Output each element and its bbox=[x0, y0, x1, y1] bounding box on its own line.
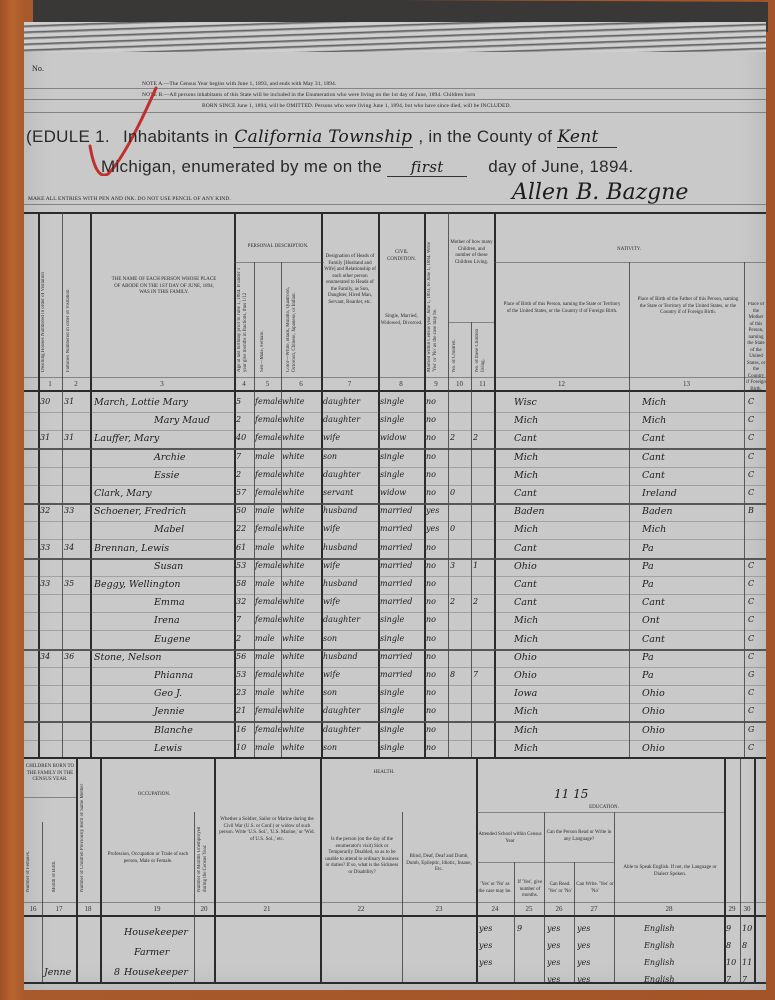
cell-sex: male bbox=[255, 743, 281, 752]
cell-name: Lewis bbox=[94, 743, 232, 754]
cell-relation: daughter bbox=[323, 725, 377, 734]
lower-colnum-26: 26 bbox=[544, 905, 574, 913]
cell-civil: single bbox=[380, 470, 424, 479]
header-children-born: CHILDREN BORN TO THE FAMILY IN THE CENSU… bbox=[24, 764, 76, 784]
cell-married-yr: yes bbox=[426, 524, 448, 533]
header-can-write: Can Write. 'Yes' or 'No' bbox=[576, 882, 614, 895]
cell-relation: wife bbox=[323, 670, 377, 679]
cell-civil: single bbox=[380, 706, 424, 715]
cell-mother-birth: C bbox=[748, 634, 766, 643]
note-b: NOTE B.—All persons inhabitants of this … bbox=[142, 92, 475, 98]
cell-color: white bbox=[282, 488, 320, 497]
cell-married-yr: no bbox=[426, 433, 448, 442]
table-row: Lewis10malewhitesonsinglenoMichOhioC bbox=[24, 740, 766, 758]
lower-colnum-20: 20 bbox=[194, 905, 214, 913]
cell-birth: Mich bbox=[514, 725, 624, 736]
edu-cell-read: yes bbox=[547, 975, 573, 984]
cell-relation: daughter bbox=[323, 415, 377, 424]
cell-father-birth: Baden bbox=[642, 506, 742, 517]
edu-cell-school: yes bbox=[479, 958, 511, 967]
cell-children: 0 bbox=[450, 488, 470, 497]
header-number-children: No. of Children. bbox=[452, 327, 468, 372]
cell-relation: son bbox=[323, 743, 377, 752]
lower-colnum-25: 25 bbox=[514, 905, 544, 913]
cell-age: 22 bbox=[236, 524, 254, 533]
header-school-yes-no: 'Yes' or 'No' as the case may be. bbox=[478, 882, 512, 895]
header-occupation: OCCUPATION. bbox=[114, 792, 194, 799]
header-nativity: NATIVITY. bbox=[584, 247, 674, 254]
cell-name: Archie bbox=[94, 452, 232, 463]
cell-sex: male bbox=[255, 688, 281, 697]
cell-married-yr: no bbox=[426, 706, 448, 715]
cell-relation: son bbox=[323, 452, 377, 461]
cell-name: Schoener, Fredrich bbox=[94, 506, 232, 517]
cell-civil: married bbox=[380, 561, 424, 570]
lower-colnum-17: 17 bbox=[42, 905, 76, 913]
cell-birth: Cant bbox=[514, 488, 624, 499]
header-can-read: Can Read. 'Yes' or 'No' bbox=[546, 882, 574, 895]
cell-relation: husband bbox=[323, 543, 377, 552]
cell-relation: wife bbox=[323, 597, 377, 606]
cell-age: 53 bbox=[236, 561, 254, 570]
cell-birth: Mich bbox=[514, 743, 624, 754]
cell-birth: Mich bbox=[514, 452, 624, 463]
colnum-5: 5 bbox=[254, 380, 281, 388]
cell-mother-birth: C bbox=[748, 433, 766, 442]
cell-sex: female bbox=[255, 415, 281, 424]
cell-mother-birth: C bbox=[748, 743, 766, 752]
edu-cell-school: yes bbox=[479, 941, 511, 950]
cell-sex: female bbox=[255, 615, 281, 624]
edu-cell-c30: 10 bbox=[742, 924, 754, 933]
lower-left-entry-count: 8 bbox=[114, 967, 120, 978]
cell-age: 7 bbox=[236, 615, 254, 624]
cell-dwelling: 31 bbox=[40, 433, 62, 442]
table-row: 3436Stone, Nelson56malewhitehusbandmarri… bbox=[24, 649, 766, 667]
cell-married-yr: no bbox=[426, 543, 448, 552]
cell-father-birth: Mich bbox=[642, 524, 742, 535]
cell-father-birth: Pa bbox=[642, 561, 742, 572]
edu-cell-english: English bbox=[644, 958, 724, 967]
note-a: NOTE A.—The Census Year begins with June… bbox=[142, 81, 336, 87]
cell-married-yr: no bbox=[426, 634, 448, 643]
cell-name: Susan bbox=[94, 561, 232, 572]
header-sex: Sex—Male, Female. bbox=[260, 292, 276, 372]
cell-living: 2 bbox=[473, 597, 493, 606]
edu-cell-write: yes bbox=[577, 958, 613, 967]
header-birthplace: Place of Birth of this Person, naming th… bbox=[502, 302, 622, 315]
header-school-months: If 'Yes', give number of months. bbox=[516, 880, 544, 900]
cell-father-birth: Cant bbox=[642, 452, 742, 463]
education-annotation: 11 15 bbox=[554, 787, 588, 801]
cell-relation: daughter bbox=[323, 470, 377, 479]
cell-mother-birth: C bbox=[748, 452, 766, 461]
cell-age: 2 bbox=[236, 415, 254, 424]
cell-sex: female bbox=[255, 397, 281, 406]
occupation-entry-2: Farmer bbox=[134, 947, 169, 958]
header-color: Color—White, Black, Mulatto, Quadroon, O… bbox=[286, 267, 316, 372]
cell-civil: widow bbox=[380, 433, 424, 442]
header-health: HEALTH. bbox=[354, 770, 414, 777]
day-field: first bbox=[387, 158, 467, 177]
cell-birth: Ohio bbox=[514, 670, 624, 681]
cell-name: Mary Maud bbox=[94, 415, 232, 426]
cell-living: 1 bbox=[473, 561, 493, 570]
cell-age: 2 bbox=[236, 634, 254, 643]
lower-colnum-16: 16 bbox=[24, 905, 42, 913]
cell-father-birth: Ohio bbox=[642, 688, 742, 699]
cell-mother-birth: C bbox=[748, 415, 766, 424]
cell-color: white bbox=[282, 579, 320, 588]
county-field: Kent bbox=[557, 127, 617, 148]
cell-married-yr: no bbox=[426, 670, 448, 679]
cell-father-birth: Pa bbox=[642, 652, 742, 663]
cell-relation: daughter bbox=[323, 397, 377, 406]
cell-name: Lauffer, Mary bbox=[94, 433, 232, 444]
cell-civil: married bbox=[380, 506, 424, 515]
lower-colnum-21: 21 bbox=[214, 905, 320, 913]
table-row: Mary Maud2femalewhitedaughtersinglenoMic… bbox=[24, 412, 766, 430]
table-row: Mabel22femalewhitewifemarriedyes0MichMic… bbox=[24, 521, 766, 539]
cell-color: white bbox=[282, 615, 320, 624]
header-civil-condition: CIVIL CONDITION. bbox=[380, 250, 423, 263]
colnum-7: 7 bbox=[321, 380, 378, 388]
cell-married-yr: no bbox=[426, 652, 448, 661]
cell-birth: Cant bbox=[514, 597, 624, 608]
header-sick-disabled: Is the person (on the day of the enumera… bbox=[324, 837, 400, 876]
cell-family: 31 bbox=[64, 397, 88, 406]
cell-children: 2 bbox=[450, 433, 470, 442]
header-number-females: Number of Females. bbox=[26, 822, 40, 892]
cell-father-birth: Mich bbox=[642, 415, 742, 426]
edu-cell-english: English bbox=[644, 941, 724, 950]
header-dwelling: Dwelling Houses Numbered in order of Vis… bbox=[41, 232, 59, 372]
cell-sex: male bbox=[255, 652, 281, 661]
header-children-previously-born: Number of Children Previously Born of Sa… bbox=[80, 767, 98, 892]
cell-birth: Cant bbox=[514, 579, 624, 590]
table-row: Emma32femalewhitewifemarriedno22CantCant… bbox=[24, 594, 766, 612]
cell-mother-birth: C bbox=[748, 488, 766, 497]
cell-civil: single bbox=[380, 415, 424, 424]
edu-cell-write: yes bbox=[577, 941, 613, 950]
cell-dwelling: 33 bbox=[40, 579, 62, 588]
table-row: Geo J.23malewhitesonsinglenoIowaOhioC bbox=[24, 685, 766, 703]
cell-sex: female bbox=[255, 433, 281, 442]
cell-sex: male bbox=[255, 579, 281, 588]
cell-relation: husband bbox=[323, 579, 377, 588]
cell-relation: servant bbox=[323, 488, 377, 497]
edu-cell-english: English bbox=[644, 924, 724, 933]
cell-birth: Mich bbox=[514, 470, 624, 481]
cell-age: 10 bbox=[236, 743, 254, 752]
cell-age: 56 bbox=[236, 652, 254, 661]
cell-name: March, Lottie Mary bbox=[94, 397, 232, 408]
cell-father-birth: Ohio bbox=[642, 706, 742, 717]
cell-age: 16 bbox=[236, 725, 254, 734]
date-label: day of June, 1894. bbox=[488, 157, 633, 176]
cell-sex: female bbox=[255, 597, 281, 606]
cell-age: 5 bbox=[236, 397, 254, 406]
cell-father-birth: Cant bbox=[642, 634, 742, 645]
cell-mother-birth: C bbox=[748, 470, 766, 479]
cell-children: 0 bbox=[450, 524, 470, 533]
header-father-birthplace: Place of Birth of the Father of this Per… bbox=[634, 297, 742, 317]
edu-cell-english: English bbox=[644, 975, 724, 984]
cell-color: white bbox=[282, 743, 320, 752]
colnum-2: 2 bbox=[62, 380, 90, 388]
cell-age: 32 bbox=[236, 597, 254, 606]
lower-colnum-24: 24 bbox=[476, 905, 514, 913]
cell-birth: Ohio bbox=[514, 561, 624, 572]
cell-color: white bbox=[282, 433, 320, 442]
cell-civil: married bbox=[380, 597, 424, 606]
cell-color: white bbox=[282, 397, 320, 406]
table-row: Susan53femalewhitewifemarriedno31OhioPaC bbox=[24, 558, 766, 576]
edu-cell-c29: 8 bbox=[726, 941, 740, 950]
table-row: Eugene2malewhitesonsinglenoMichCantC bbox=[24, 631, 766, 649]
cell-name: Brennan, Lewis bbox=[94, 543, 232, 554]
page-number-label: No. bbox=[32, 64, 44, 73]
cell-married-yr: no bbox=[426, 488, 448, 497]
header-mother-birthplace: Place of the Mother of this Person, nami… bbox=[746, 302, 766, 393]
cell-married-yr: yes bbox=[426, 506, 448, 515]
cell-color: white bbox=[282, 688, 320, 697]
lower-colnum-22: 22 bbox=[320, 905, 402, 913]
cell-father-birth: Ohio bbox=[642, 743, 742, 754]
lower-colnum-23: 23 bbox=[402, 905, 476, 913]
cell-civil: married bbox=[380, 579, 424, 588]
cell-civil: single bbox=[380, 743, 424, 752]
table-row: 3233Schoener, Fredrich50malewhitehusband… bbox=[24, 503, 766, 521]
edu-cell-read: yes bbox=[547, 958, 573, 967]
cell-civil: single bbox=[380, 615, 424, 624]
cell-mother-birth: B bbox=[748, 506, 766, 515]
cell-color: white bbox=[282, 561, 320, 570]
cell-age: 61 bbox=[236, 543, 254, 552]
cell-sex: female bbox=[255, 670, 281, 679]
header-single-married: Single, Married, Widowed, Divorced. bbox=[380, 314, 423, 327]
cell-married-yr: no bbox=[426, 725, 448, 734]
table-row: Clark, Mary57femalewhiteservantwidowno0C… bbox=[24, 485, 766, 503]
edu-cell-c30: 7 bbox=[742, 975, 754, 984]
cell-mother-birth: C bbox=[748, 597, 766, 606]
instruction-line: MAKE ALL ENTRIES WITH PEN AND INK. DO NO… bbox=[28, 196, 231, 202]
table-row: Essie2femalewhitedaughtersinglenoMichCan… bbox=[24, 467, 766, 485]
cell-sex: male bbox=[255, 634, 281, 643]
cell-father-birth: Ireland bbox=[642, 488, 742, 499]
cell-mother-birth: C bbox=[748, 397, 766, 406]
cell-relation: son bbox=[323, 634, 377, 643]
cell-mother-birth: G bbox=[748, 670, 766, 679]
cell-married-yr: no bbox=[426, 415, 448, 424]
cell-family: 34 bbox=[64, 543, 88, 552]
cell-color: white bbox=[282, 452, 320, 461]
cell-father-birth: Cant bbox=[642, 470, 742, 481]
header-profession: Profession, Occupation or Trade of each … bbox=[104, 852, 192, 865]
cell-color: white bbox=[282, 415, 320, 424]
cell-children: 8 bbox=[450, 670, 470, 679]
header-age: Age at last birthday prior to June 1, 18… bbox=[237, 267, 253, 372]
cell-name: Clark, Mary bbox=[94, 488, 232, 499]
cell-father-birth: Cant bbox=[642, 433, 742, 444]
cell-relation: husband bbox=[323, 652, 377, 661]
cell-name: Stone, Nelson bbox=[94, 652, 232, 663]
cell-relation: daughter bbox=[323, 615, 377, 624]
cell-family: 31 bbox=[64, 433, 88, 442]
enumerator-signature: Allen B. Bazgne bbox=[512, 180, 688, 205]
table-row: Phianna53femalewhitewifemarriedno87OhioP… bbox=[24, 667, 766, 685]
table-row: 3335Beggy, Wellington58malewhitehusbandm… bbox=[24, 576, 766, 594]
cell-sex: female bbox=[255, 524, 281, 533]
cell-name: Jennie bbox=[94, 706, 232, 717]
header-relationship: Designation of Heads of Family [Husband … bbox=[323, 254, 377, 306]
cell-mother-birth: C bbox=[748, 615, 766, 624]
colnum-13: 13 bbox=[629, 380, 744, 388]
cell-color: white bbox=[282, 543, 320, 552]
edu-cell-c29: 7 bbox=[726, 975, 740, 984]
edu-cell-months: 9 bbox=[517, 924, 543, 933]
cell-relation: husband bbox=[323, 506, 377, 515]
cell-name: Emma bbox=[94, 597, 232, 608]
county-label: , in the County of bbox=[418, 127, 552, 146]
lower-colnum-28: 28 bbox=[614, 905, 724, 913]
edu-cell-school: yes bbox=[479, 924, 511, 933]
cell-children: 2 bbox=[450, 597, 470, 606]
colnum-10: 10 bbox=[448, 380, 471, 388]
cell-relation: daughter bbox=[323, 706, 377, 715]
township-field: California Township bbox=[233, 127, 413, 148]
edu-cell-c30: 8 bbox=[742, 941, 754, 950]
header-education: EDUCATION. bbox=[564, 805, 644, 812]
cell-father-birth: Cant bbox=[642, 597, 742, 608]
table-row: Irena7femalewhitedaughtersinglenoMichOnt… bbox=[24, 612, 766, 630]
cell-birth: Cant bbox=[514, 433, 624, 444]
cell-sex: female bbox=[255, 470, 281, 479]
cell-sex: male bbox=[255, 506, 281, 515]
colnum-6: 6 bbox=[281, 380, 321, 388]
header-children-living: No. of these Children living. bbox=[475, 327, 491, 372]
cell-birth: Cant bbox=[514, 543, 624, 554]
lower-colnum-18: 18 bbox=[76, 905, 100, 913]
cell-relation: wife bbox=[323, 561, 377, 570]
cell-civil: single bbox=[380, 397, 424, 406]
cell-name: Irena bbox=[94, 615, 232, 626]
cell-married-yr: no bbox=[426, 579, 448, 588]
cell-birth: Mich bbox=[514, 615, 624, 626]
edu-cell-read: yes bbox=[547, 941, 573, 950]
header-speak-english: Able to Speak English. If not, the Langu… bbox=[620, 865, 720, 878]
cell-color: white bbox=[282, 524, 320, 533]
cell-father-birth: Pa bbox=[642, 543, 742, 554]
header-months-unemployed: Number of Months Unemployed during the C… bbox=[197, 822, 212, 892]
cell-children: 3 bbox=[450, 561, 470, 570]
header-attended-school: Attended School within Census Year bbox=[478, 832, 542, 845]
edu-cell-c29: 9 bbox=[726, 924, 740, 933]
cell-color: white bbox=[282, 706, 320, 715]
occupation-entry-1: Housekeeper bbox=[124, 927, 188, 938]
cell-family: 35 bbox=[64, 579, 88, 588]
colnum-8: 8 bbox=[378, 380, 424, 388]
cell-sex: female bbox=[255, 725, 281, 734]
cell-civil: single bbox=[380, 688, 424, 697]
cell-age: 2 bbox=[236, 470, 254, 479]
cell-age: 23 bbox=[236, 688, 254, 697]
cell-color: white bbox=[282, 670, 320, 679]
cell-sex: female bbox=[255, 488, 281, 497]
lower-colnum-27: 27 bbox=[574, 905, 614, 913]
cell-dwelling: 32 bbox=[40, 506, 62, 515]
header-name: THE NAME OF EACH PERSON WHOSE PLACE OF A… bbox=[109, 277, 219, 297]
cell-color: white bbox=[282, 725, 320, 734]
table-row: 3334Brennan, Lewis61malewhitehusbandmarr… bbox=[24, 540, 766, 558]
cell-age: 7 bbox=[236, 452, 254, 461]
cell-name: Phianna bbox=[94, 670, 232, 681]
lower-colnum-29: 29 bbox=[724, 905, 740, 913]
cell-civil: single bbox=[380, 634, 424, 643]
colnum-1: 1 bbox=[38, 380, 62, 388]
cell-civil: widow bbox=[380, 488, 424, 497]
cell-mother-birth: C bbox=[748, 706, 766, 715]
cell-civil: married bbox=[380, 652, 424, 661]
cell-married-yr: no bbox=[426, 597, 448, 606]
cell-birth: Mich bbox=[514, 524, 624, 535]
cell-dwelling: 33 bbox=[40, 543, 62, 552]
cell-civil: married bbox=[380, 524, 424, 533]
cell-civil: married bbox=[380, 543, 424, 552]
edu-cell-read: yes bbox=[547, 924, 573, 933]
cell-mother-birth: C bbox=[748, 652, 766, 661]
cell-father-birth: Ont bbox=[642, 615, 742, 626]
cell-name: Beggy, Wellington bbox=[94, 579, 232, 590]
cell-married-yr: no bbox=[426, 470, 448, 479]
edu-cell-write: yes bbox=[577, 975, 613, 984]
colnum-9: 9 bbox=[424, 380, 448, 388]
cell-relation: son bbox=[323, 688, 377, 697]
top-page-strip bbox=[24, 22, 766, 52]
table-row: 3031March, Lottie Mary5femalewhitedaught… bbox=[24, 394, 766, 412]
header-month-birth: Month of Birth. bbox=[52, 822, 66, 892]
header-mother-children: Mother of how many Children, and number … bbox=[450, 240, 493, 266]
inhabitants-label: Inhabitants in bbox=[123, 127, 228, 146]
schedule-label: (EDULE 1. bbox=[26, 127, 110, 146]
cell-color: white bbox=[282, 470, 320, 479]
cell-birth: Wisc bbox=[514, 397, 624, 408]
cell-father-birth: Pa bbox=[642, 670, 742, 681]
cell-age: 58 bbox=[236, 579, 254, 588]
cell-sex: male bbox=[255, 543, 281, 552]
note-b-continued: BORN SINCE June 1, 1894, will be OMITTED… bbox=[202, 103, 511, 109]
table-row: Blanche16femalewhitedaughtersinglenoMich… bbox=[24, 722, 766, 740]
cell-dwelling: 34 bbox=[40, 652, 62, 661]
cell-living: 2 bbox=[473, 433, 493, 442]
edu-cell-write: yes bbox=[577, 924, 613, 933]
header-blind-deaf: Blind, Deaf, Deaf and Dumb, Dumb, Epilep… bbox=[404, 854, 474, 874]
cell-age: 40 bbox=[236, 433, 254, 442]
cell-birth: Baden bbox=[514, 506, 624, 517]
cell-father-birth: Mich bbox=[642, 397, 742, 408]
cell-birth: Mich bbox=[514, 415, 624, 426]
cell-married-yr: no bbox=[426, 615, 448, 624]
table-row: Jennie21femalewhitedaughtersinglenoMichO… bbox=[24, 703, 766, 721]
cell-age: 21 bbox=[236, 706, 254, 715]
occupation-entry-3: Housekeeper bbox=[124, 967, 188, 978]
cell-age: 57 bbox=[236, 488, 254, 497]
cell-name: Geo J. bbox=[94, 688, 232, 699]
table-row: Archie7malewhitesonsinglenoMichCantC bbox=[24, 449, 766, 467]
header-married-census-year: Married within Census year, June 1, 1893… bbox=[427, 237, 447, 372]
cell-family: 33 bbox=[64, 506, 88, 515]
lower-colnum-30: 30 bbox=[740, 905, 754, 913]
